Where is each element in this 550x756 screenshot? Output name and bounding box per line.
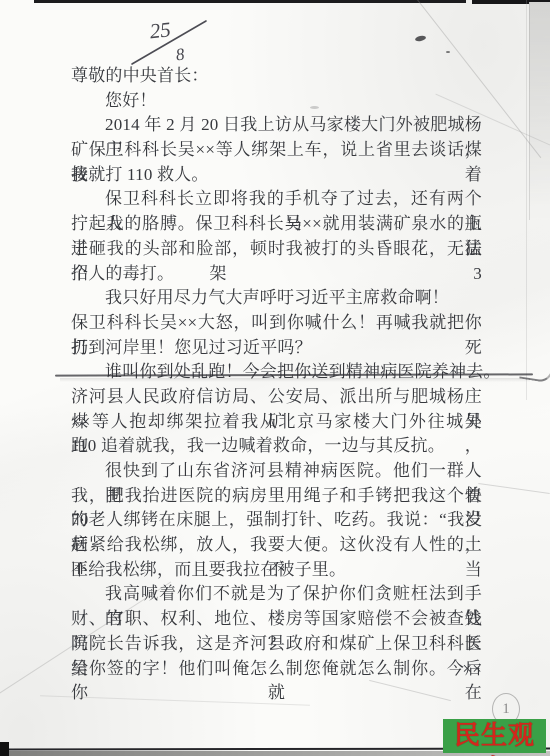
letter-line: 院院长告诉我，这是齐河县政府和煤矿上保卫科科长吴×× <box>71 632 482 657</box>
crease-line <box>478 483 549 494</box>
crease-line <box>526 0 527 400</box>
letter-line-salutation: 尊敬的中央首长： <box>71 64 482 89</box>
letter-line: 很快到了山东省济河县精神病医院。他们一群人围着 <box>71 459 482 484</box>
letter-line: 的老人绑铐在床腿上，强制打针、吃药。我说：“我没病， <box>71 508 482 533</box>
letter-line: 赶紧给我松绑，放人，我要大便。这伙没有人性的土匪不当 <box>71 533 482 558</box>
paper-right-edge-shadow <box>529 2 550 220</box>
handwritten-denominator: 8 <box>175 44 187 64</box>
letter-line: 110 追着就我，我一边喊着救命，一边与其反抗。 <box>71 434 482 459</box>
letter-line: ××等人抱却绑架拉着我从北京马家楼大门外往城外跑， <box>71 410 482 435</box>
letter-line: 我高喊着你们不就是为了保护你们贪赃枉法到手的钱 <box>71 582 482 607</box>
handwritten-numerator: 25 <box>148 17 171 43</box>
letter-line: 保卫科科长吴××大怒，叫到你喊什么！再喊我就把你打死 <box>71 311 482 336</box>
letter-line: 我，把我抬进医院的病房里用绳子和手铐把我这个快 70 岁 <box>71 484 482 509</box>
letter-line: 保卫科科长立即将我的手机夺了过去，还有两个人马上 <box>71 187 482 212</box>
scanned-letter-page: 25 8 尊敬的中央首长： 您好！ 2014 年 2 月 20 日我上访从马家楼… <box>0 0 550 756</box>
handwritten-annotation: 25 8 <box>124 14 212 70</box>
watermark-stamp: 民生观察 <box>443 719 546 753</box>
letter-body: 尊敬的中央首长： 您好！ 2014 年 2 月 20 日我上访从马家楼大门外被肥… <box>71 64 482 681</box>
letter-line: 我只好用尽力气大声呼吁习近平主席救命啊！ <box>71 286 482 311</box>
letter-line: 拧起我的胳膊。保卫科科长吴××就用装满矿泉水的瓶子猛 <box>71 212 482 237</box>
ink-smudge <box>415 35 427 42</box>
ink-speck <box>446 51 450 53</box>
letter-line: 给你签的字！他们叫俺怎么制您俺就怎么制你。今后你就在 <box>71 657 482 682</box>
letter-line: 矿保卫科科长吴××等人绑架上车，说上省里去谈话，接着 <box>71 138 482 163</box>
letter-line: 进砸我的头部和脸部，顿时我被打的头昏眼花，无法招架 3 <box>71 237 482 262</box>
fold-crease-shadow <box>60 378 530 382</box>
letter-line: 2014 年 2 月 20 日我上访从马家楼大门外被肥城杨庄煤 <box>71 113 482 138</box>
scan-corner-mark <box>0 742 9 756</box>
letter-line: 济河县人民政府信访局、公安局、派出所与肥城杨庄煤矿吴 <box>71 385 482 410</box>
letter-line: 财、官职、权利、地位、楼房等国家赔偿不会被查处吗？医 <box>71 607 482 632</box>
scan-top-edge <box>34 0 466 3</box>
letter-line: 您好！ <box>71 89 482 114</box>
